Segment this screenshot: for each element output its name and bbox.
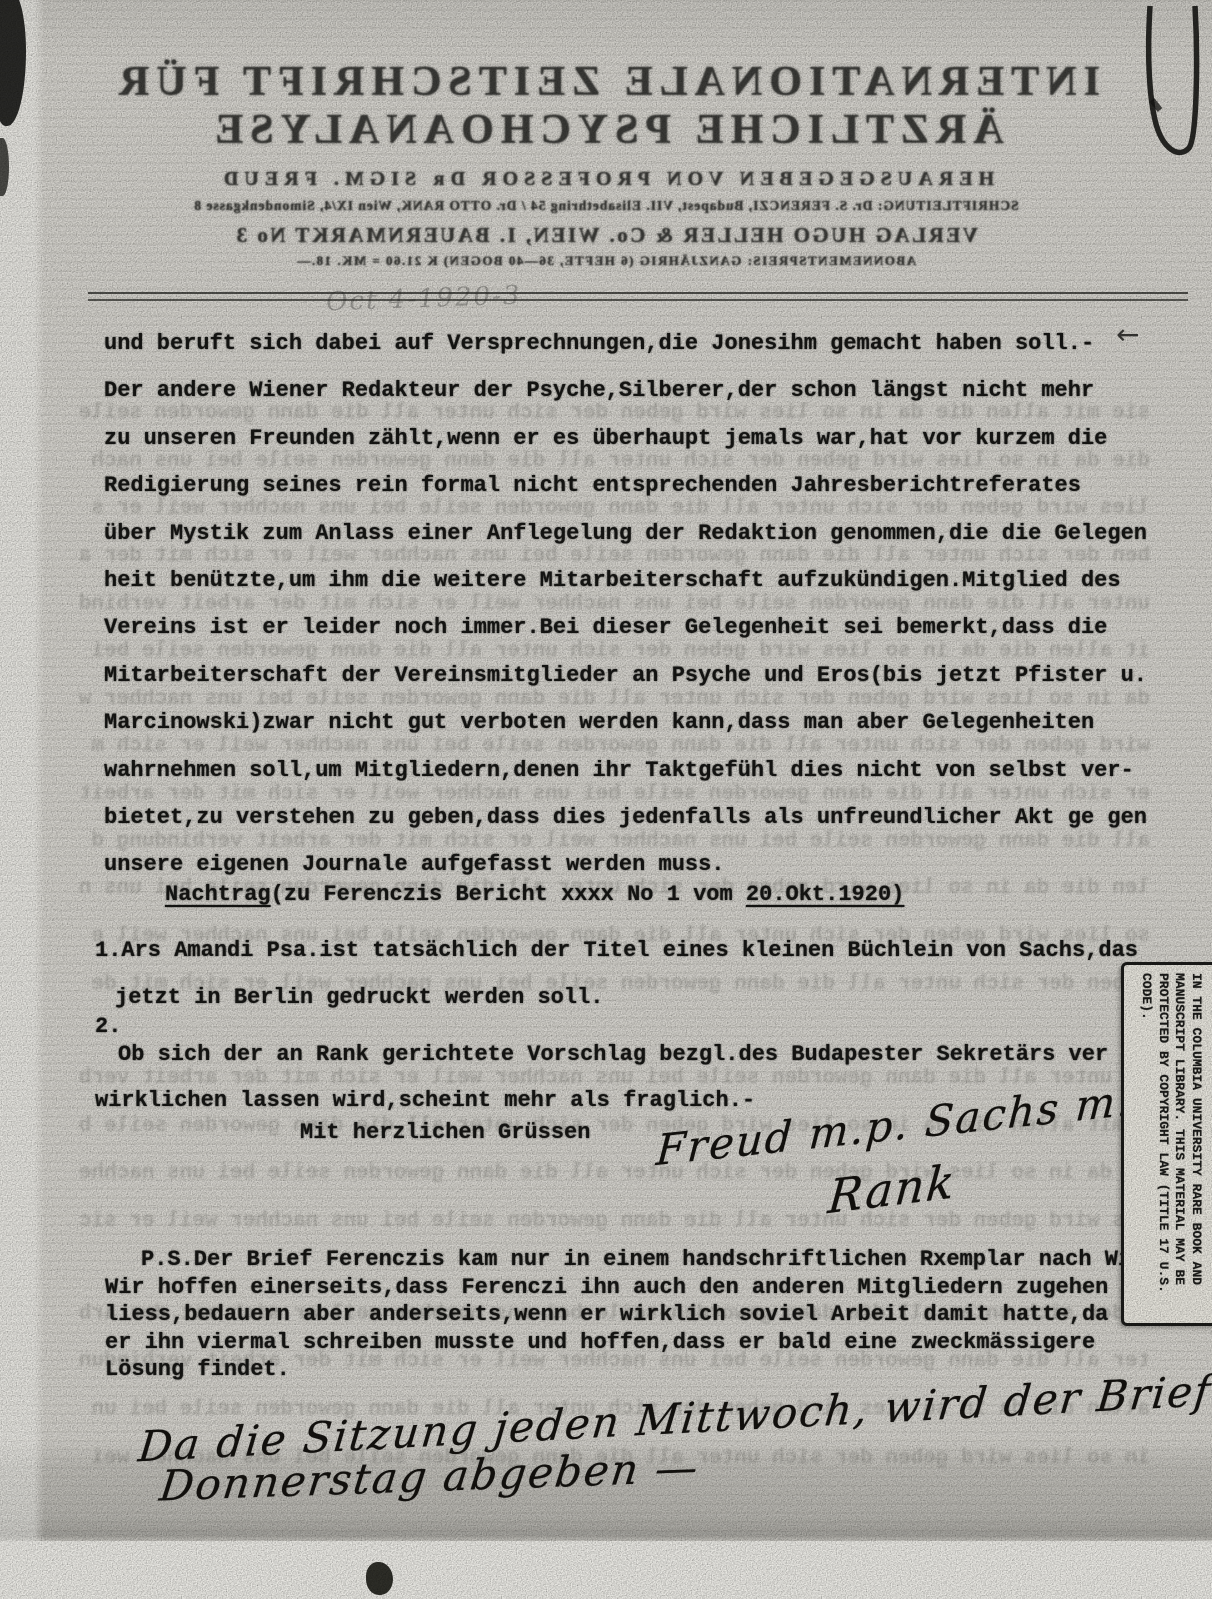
nachtrag-mid2: No 1 vom (614, 882, 746, 907)
stamp-text-line: PROTECTED BY COPYRIGHT LAW (TITLE 17 U.S… (1155, 973, 1172, 1315)
typed-line: Der andere Wiener Redakteur der Psyche,S… (104, 367, 1147, 414)
typed-line: Wir hoffen einerseits,dass Ferenczi ihn … (105, 1274, 1144, 1302)
typed-line: bietet,zu verstehen zu geben,dass dies j… (104, 794, 1147, 841)
nachtrag-label: Nachtrag (165, 882, 271, 907)
postscript-paragraph: P.S.Der Brief Ferenczis kam nur in einem… (105, 1246, 1144, 1384)
typed-line: Ob sich der an Rank gerichtete Vorschlag… (118, 1032, 1108, 1078)
typed-line: Marcinowski)zwar nicht gut verboten werd… (104, 699, 1147, 746)
scanned-letter-page: INTERNATIONALE ZEITSCHRIFT FÜR ÄRZTLICHE… (0, 0, 1212, 1599)
journal-title-line1: INTERNATIONALE ZEITSCHRIFT FÜR (0, 58, 1212, 106)
stamp-text: IN THE COLUMBIA UNIVERSITY RARE BOOK AND… (1134, 973, 1204, 1315)
journal-title-line2: ÄRZTLICHE PSYCHOANALYSE (0, 106, 1212, 154)
typed-body-paragraph: und beruft sich dabei auf Versprechnunge… (104, 320, 1147, 889)
letterhead-editors-line: SCHRIFTLEITUNG: Dr. S. FERENCZI, Budapes… (0, 198, 1212, 214)
signature-rank: Rank (826, 1154, 958, 1225)
archival-date-annotation: Oct 4-1920-3 (326, 281, 522, 318)
typed-line: jetzt in Berlin gedruckt werden soll. (95, 974, 1138, 1021)
nachtrag-mid: (zu Ferenczis Bericht (271, 882, 561, 907)
typed-line: er ihn viermal schreiben musste und hoff… (105, 1329, 1144, 1357)
handwritten-arrow-mark: ← (1116, 318, 1139, 351)
stamp-text-line: IN THE COLUMBIA UNIVERSITY RARE BOOK AND (1188, 973, 1205, 1315)
typed-line: Redigierung seines rein formal nicht ent… (104, 462, 1147, 509)
typed-line: liess,bedauern aber anderseits,wenn er w… (105, 1301, 1144, 1329)
typed-line: und beruft sich dabei auf Versprechnunge… (104, 320, 1147, 367)
letterhead-publisher-line: HERAUSGEGEBEN VON PROFESSOR Dʀ SIGM. FRE… (0, 168, 1212, 191)
page-bottom-edge (0, 1541, 1212, 1599)
nachtrag-date: 20.Okt.1920) (746, 882, 904, 907)
letterhead-verlag-line: VERLAG HUGO HELLER & Co. WIEN, I. BAUERN… (0, 223, 1212, 248)
ink-blot-bottom (366, 1562, 393, 1595)
typed-line: Mitarbeiterschaft der Vereinsmitglieder … (104, 652, 1147, 699)
closing-salutation: Mit herzlichen Grüssen (300, 1120, 590, 1145)
typed-line: zu unseren Freunden zählt,wenn er es übe… (104, 415, 1147, 462)
bleed-through-line: ies wird geben der sich unter all die da… (70, 1210, 1150, 1233)
letterhead-price-line: ABONNEMENTSPREIS: GANZJÄHRIG (6 HEFTE, 3… (0, 253, 1212, 269)
nachtrag-item-1: 1.Ars Amandi Psa.ist tatsächlich der Tit… (95, 927, 1138, 1022)
stamp-text-line: MANUSCRIPT LIBRARY. THIS MATERIAL MAY BE (1171, 973, 1188, 1315)
nachtrag-heading: Nachtrag(zu Ferenczis Bericht xxxx No 1 … (165, 882, 904, 907)
typed-line: wahrnehmen soll,um Mitgliedern,denen ihr… (104, 747, 1147, 794)
typed-line: 1.Ars Amandi Psa.ist tatsächlich der Tit… (95, 927, 1138, 974)
typed-line: heit benützte,um ihm die weitere Mitarbe… (104, 557, 1147, 604)
stamp-text-line: CODE). (1138, 973, 1155, 1315)
typed-line: über Mystik zum Anlass einer Anflegelung… (104, 510, 1147, 557)
bleed-through-line: ie da in so lies wird geben der sich unt… (70, 1162, 1150, 1185)
letterhead-mirrored: INTERNATIONALE ZEITSCHRIFT FÜR ÄRZTLICHE… (0, 58, 1212, 269)
columbia-library-copyright-stamp: IN THE COLUMBIA UNIVERSITY RARE BOOK AND… (1121, 962, 1212, 1326)
nachtrag-strikeout: xxxx (561, 882, 614, 907)
typed-line: P.S.Der Brief Ferenczis kam nur in einem… (105, 1246, 1144, 1274)
typed-line: Vereins ist er leider noch immer.Bei die… (104, 604, 1147, 651)
letterhead-divider-rule (88, 292, 1188, 301)
